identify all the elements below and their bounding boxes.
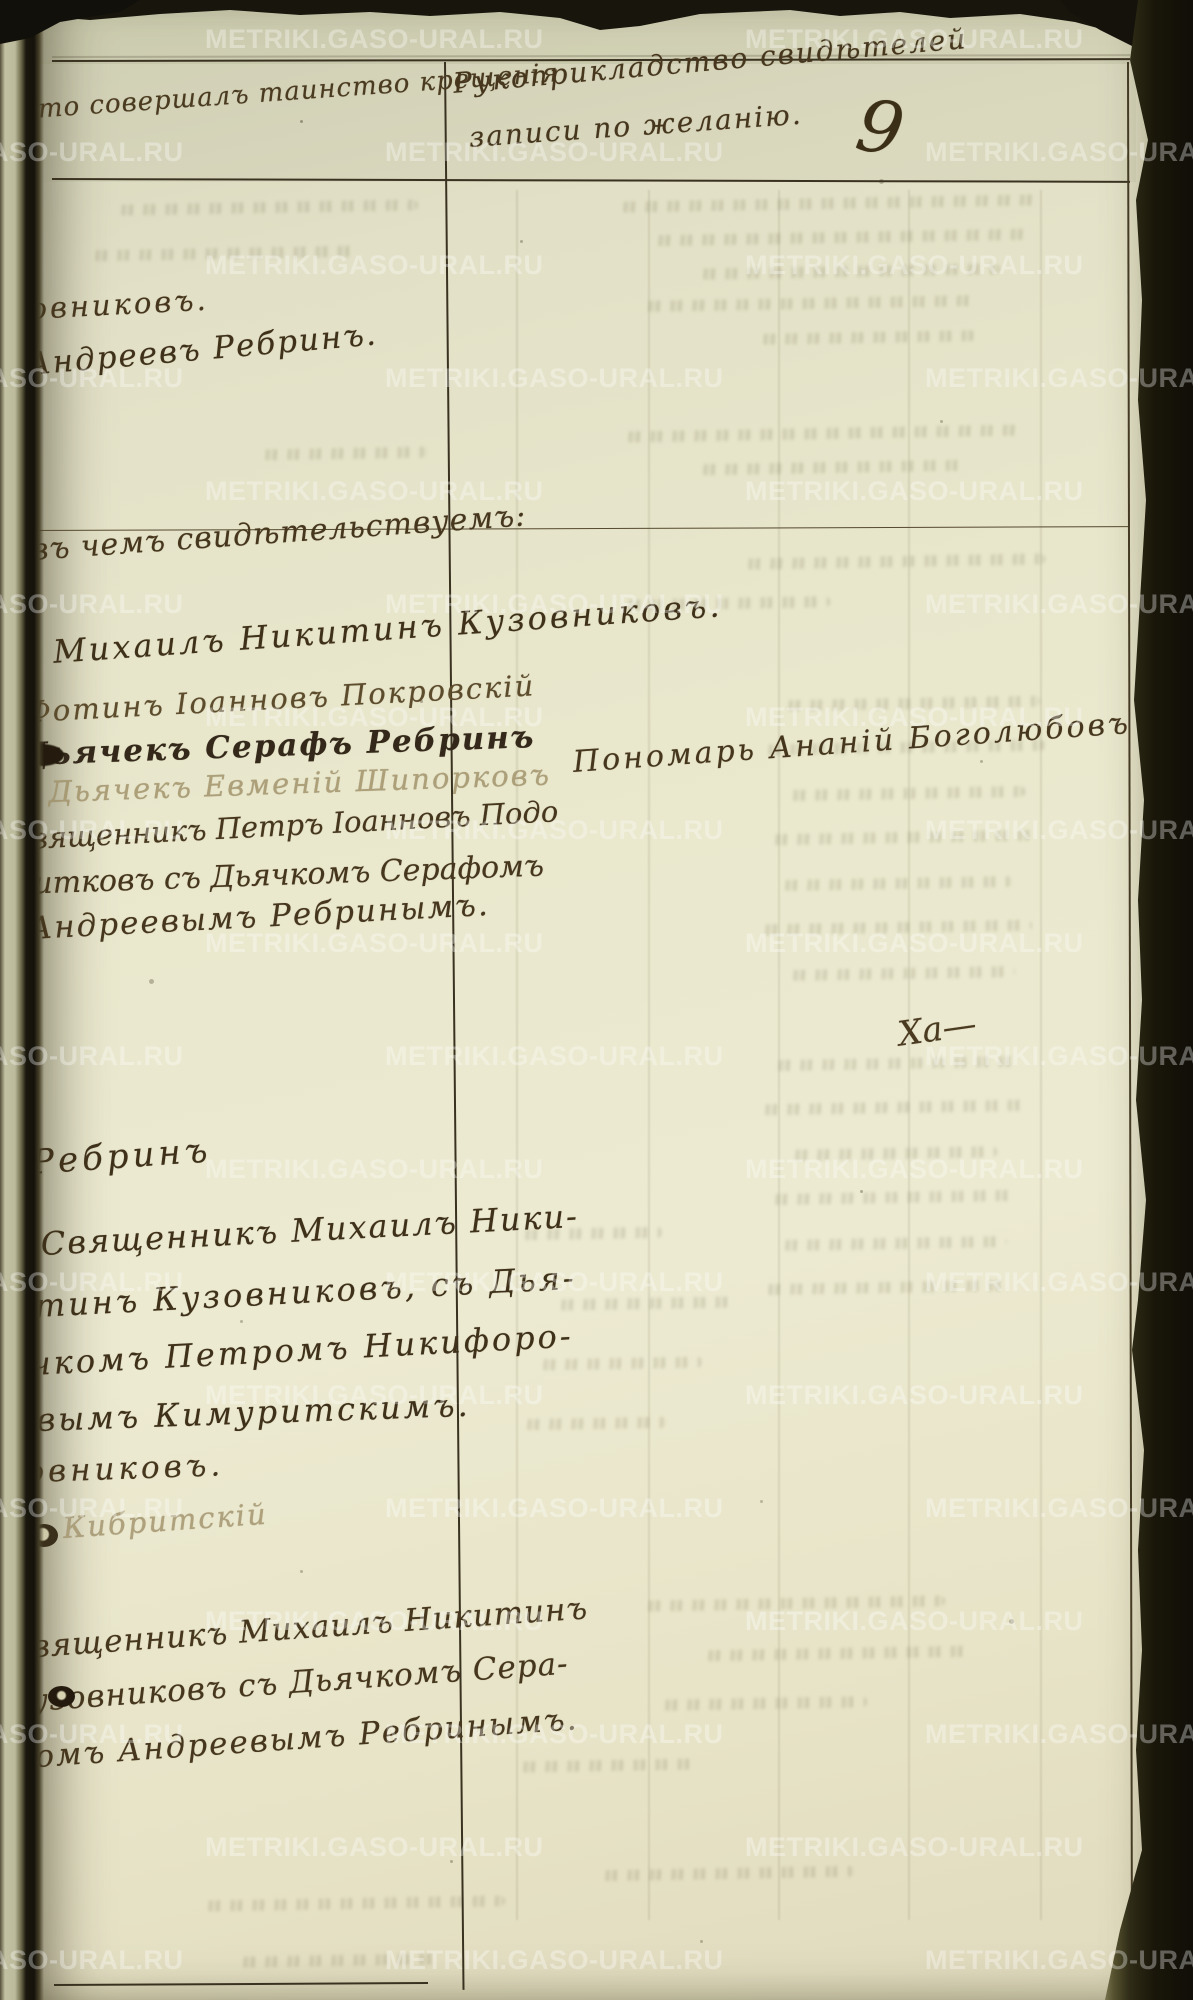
watermark: METRIKI.GASO-URAL.RU [205, 1380, 543, 1411]
watermark: METRIKI.GASO-URAL.RU [205, 1606, 543, 1637]
watermark: METRIKI.GASO-URAL.RU [0, 363, 183, 394]
watermark: METRIKI.GASO-URAL.RU [205, 702, 543, 733]
watermark: METRIKI.GASO-URAL.RU [925, 363, 1193, 394]
watermark: METRIKI.GASO-URAL.RU [0, 1493, 183, 1524]
watermark: METRIKI.GASO-URAL.RU [385, 363, 723, 394]
watermark: METRIKI.GASO-URAL.RU [0, 815, 183, 846]
watermark: METRIKI.GASO-URAL.RU [925, 137, 1193, 168]
watermark: METRIKI.GASO-URAL.RU [745, 24, 1083, 55]
watermark: METRIKI.GASO-URAL.RU [0, 1041, 183, 1072]
watermark: METRIKI.GASO-URAL.RU [205, 24, 543, 55]
watermark: METRIKI.GASO-URAL.RU [385, 1267, 723, 1298]
watermark: METRIKI.GASO-URAL.RU [745, 1154, 1083, 1185]
watermark: METRIKI.GASO-URAL.RU [385, 1041, 723, 1072]
watermark: METRIKI.GASO-URAL.RU [385, 589, 723, 620]
watermark: METRIKI.GASO-URAL.RU [925, 1041, 1193, 1072]
watermark: METRIKI.GASO-URAL.RU [0, 1945, 183, 1976]
watermark: METRIKI.GASO-URAL.RU [745, 476, 1083, 507]
watermark: METRIKI.GASO-URAL.RU [745, 250, 1083, 281]
watermark: METRIKI.GASO-URAL.RU [925, 1267, 1193, 1298]
watermark: METRIKI.GASO-URAL.RU [745, 1606, 1083, 1637]
watermark: METRIKI.GASO-URAL.RU [925, 1493, 1193, 1524]
watermark: METRIKI.GASO-URAL.RU [205, 250, 543, 281]
watermark: METRIKI.GASO-URAL.RU [925, 589, 1193, 620]
watermark: METRIKI.GASO-URAL.RU [205, 928, 543, 959]
watermark: METRIKI.GASO-URAL.RU [385, 1719, 723, 1750]
watermark: METRIKI.GASO-URAL.RU [745, 702, 1083, 733]
watermark: METRIKI.GASO-URAL.RU [385, 1493, 723, 1524]
watermark: METRIKI.GASO-URAL.RU [0, 1267, 183, 1298]
watermark: METRIKI.GASO-URAL.RU [205, 1832, 543, 1863]
watermark: METRIKI.GASO-URAL.RU [745, 1380, 1083, 1411]
watermark: METRIKI.GASO-URAL.RU [0, 589, 183, 620]
watermark: METRIKI.GASO-URAL.RU [925, 1719, 1193, 1750]
watermark-layer: METRIKI.GASO-URAL.RUMETRIKI.GASO-URAL.RU… [0, 0, 1193, 2000]
watermark: METRIKI.GASO-URAL.RU [385, 815, 723, 846]
watermark: METRIKI.GASO-URAL.RU [925, 1945, 1193, 1976]
watermark: METRIKI.GASO-URAL.RU [0, 1719, 183, 1750]
document-scan: { "watermark": { "text": "METRIKI.GASO-U… [0, 0, 1193, 2000]
watermark: METRIKI.GASO-URAL.RU [205, 476, 543, 507]
watermark: METRIKI.GASO-URAL.RU [385, 1945, 723, 1976]
watermark: METRIKI.GASO-URAL.RU [925, 815, 1193, 846]
watermark: METRIKI.GASO-URAL.RU [745, 1832, 1083, 1863]
watermark: METRIKI.GASO-URAL.RU [0, 137, 183, 168]
watermark: METRIKI.GASO-URAL.RU [745, 928, 1083, 959]
watermark: METRIKI.GASO-URAL.RU [385, 137, 723, 168]
watermark: METRIKI.GASO-URAL.RU [205, 1154, 543, 1185]
